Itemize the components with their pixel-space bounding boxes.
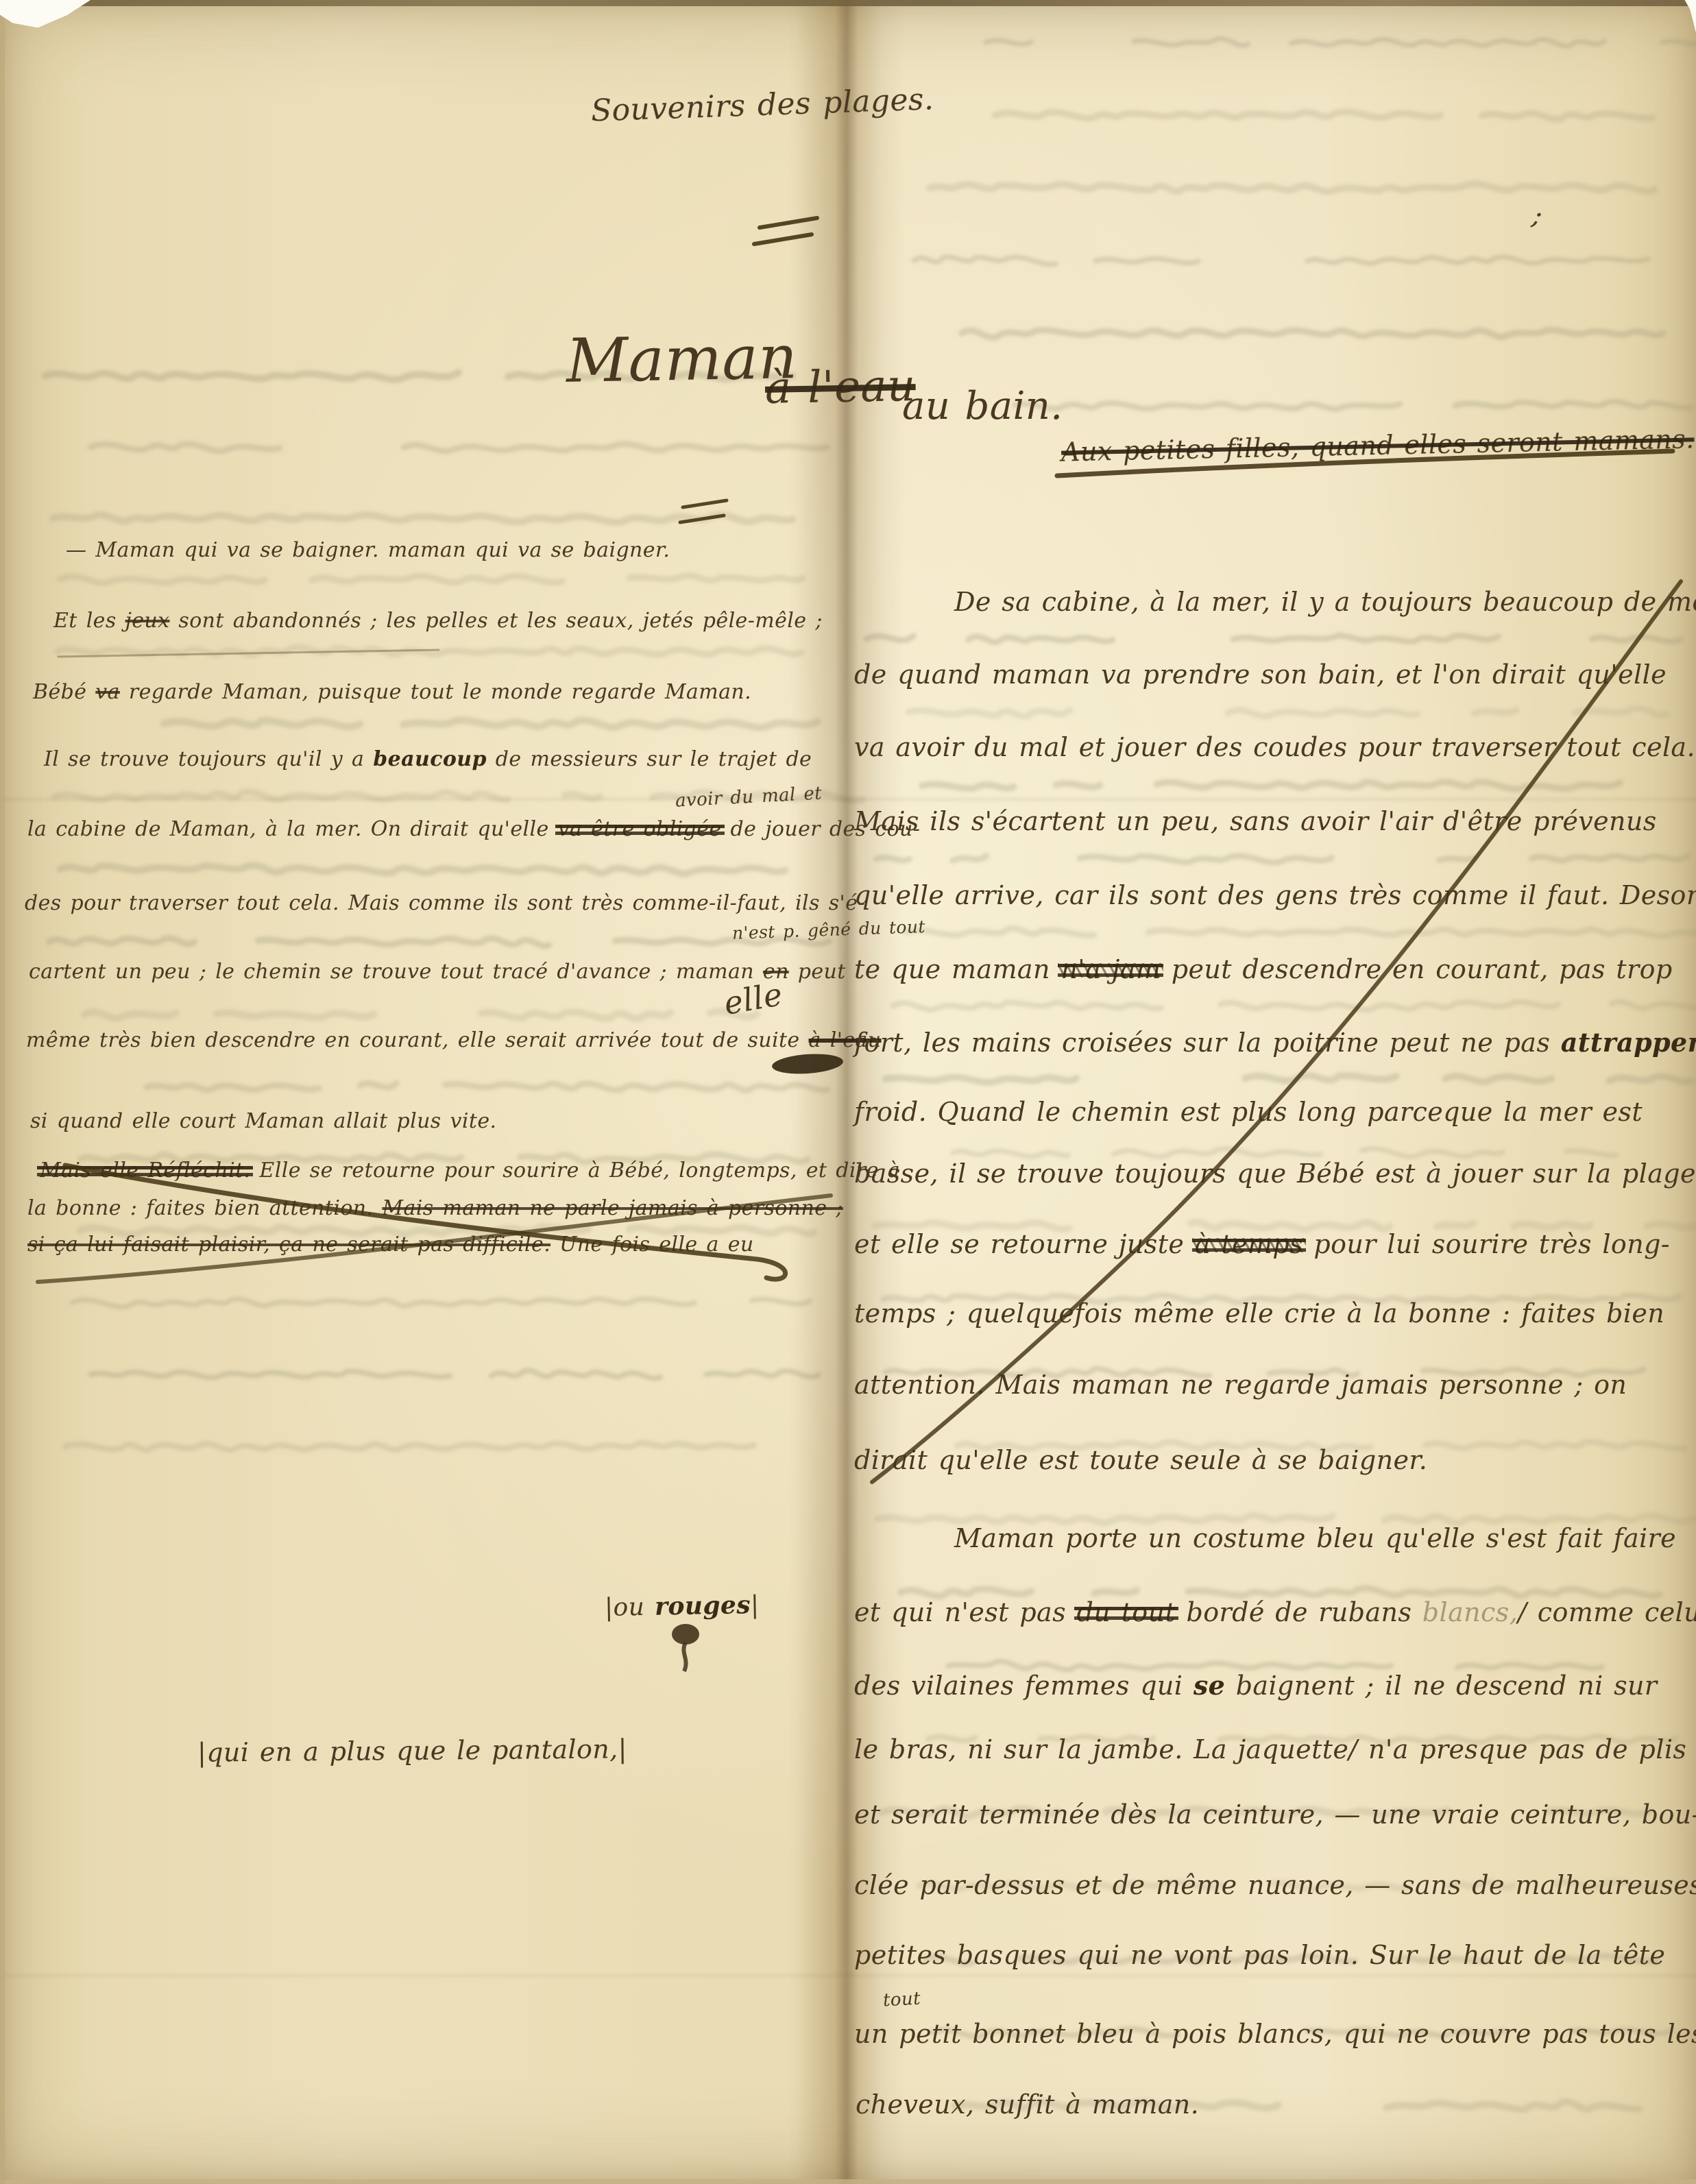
scan-left-edge: [0, 0, 5, 2184]
heading-strike: [1057, 451, 1673, 476]
scan-top-edge: [0, 0, 1696, 6]
double-underline-mark: [754, 234, 812, 244]
double-underline-mark: [760, 218, 817, 228]
ink-drip: [683, 1642, 686, 1671]
deletion-stroke: [38, 1196, 831, 1282]
diagonal-deletion-stroke: [872, 581, 1681, 1482]
ink-blot: [771, 1052, 844, 1076]
scan-bottom-edge: [0, 2179, 1696, 2184]
strike-marks-layer: [0, 0, 1696, 2184]
double-underline-mark: [683, 500, 727, 507]
double-underline-mark: [680, 515, 724, 522]
manuscript-scan: Souvenirs des plages.Mamanà l'eauau bain…: [0, 0, 1696, 2184]
faint-strike: [58, 650, 439, 657]
ink-blot: [672, 1624, 699, 1645]
deletion-stroke: [65, 1165, 786, 1279]
